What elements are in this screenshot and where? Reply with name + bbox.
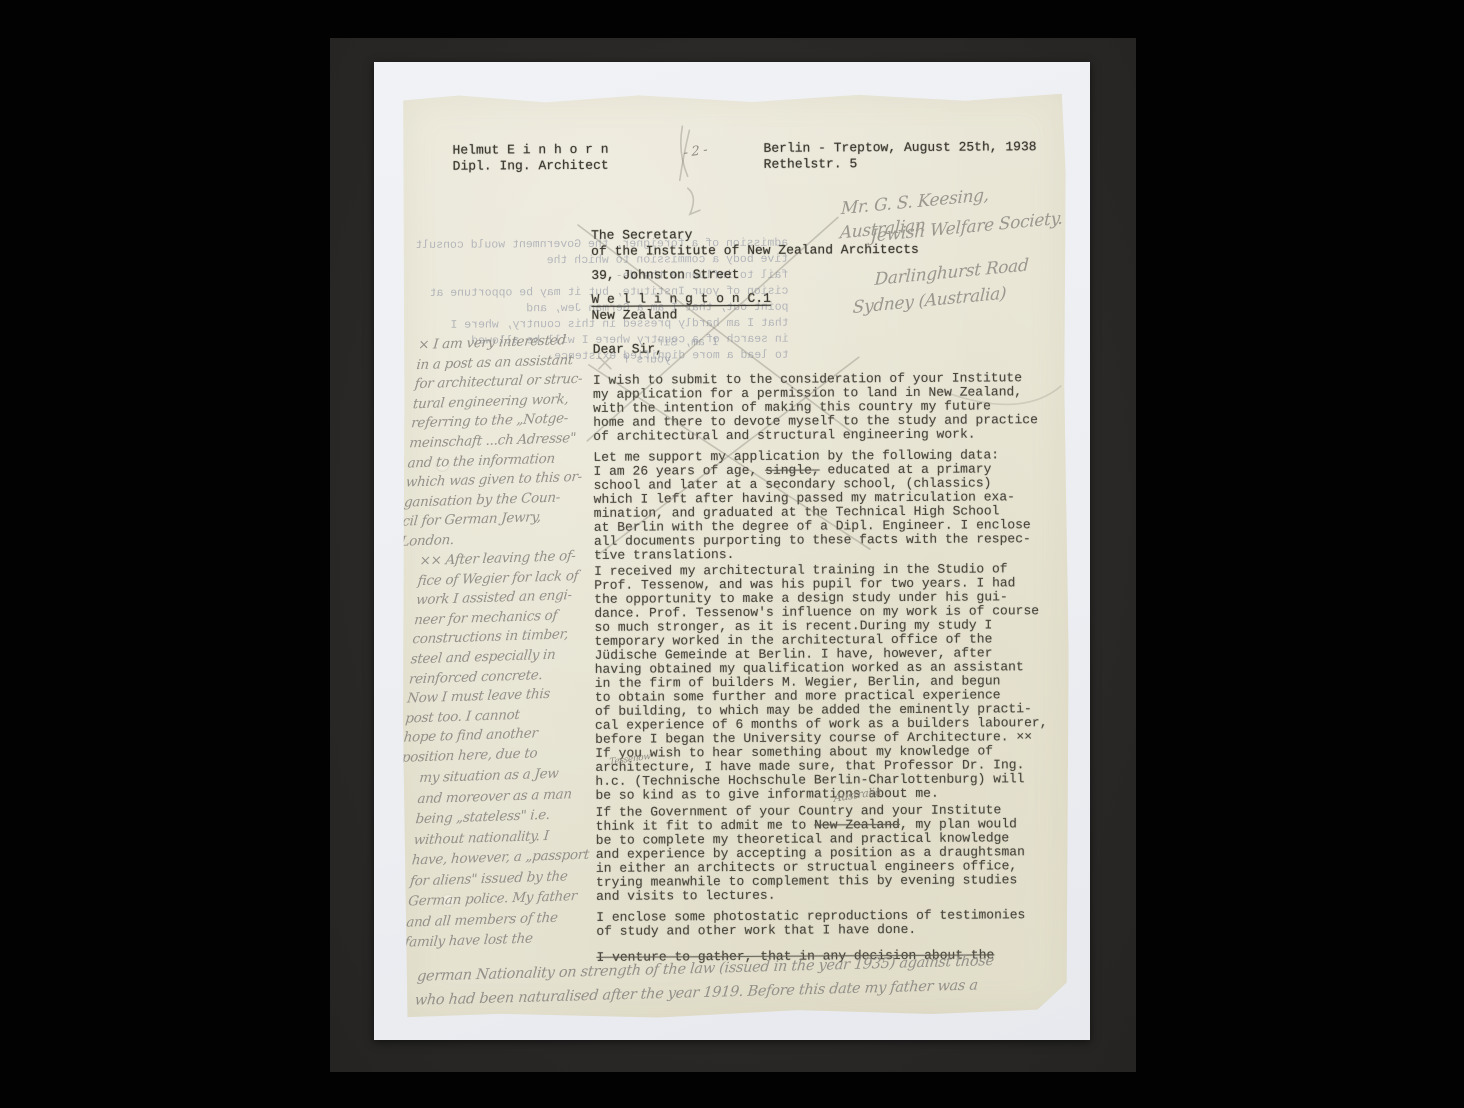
photo-stage: admission of a foreigner, the Government… [0,0,1464,1108]
sender-title: Dipl. Ing. Architect [453,159,609,174]
pencil-arrow [688,188,700,214]
sender-name: Helmut E i n h o r n [452,143,608,158]
letter-sheet: admission of a foreigner, the Government… [399,90,1071,1019]
paragraph-1: I wish to submit to the consideration of… [593,371,1053,444]
margin-note-3: my situation as a Jew and moreover as a … [404,762,603,953]
recipient-line-4: W e l l i n g t o n C.1 [591,292,771,307]
paragraph-2-text: educated at a primary school and later a… [594,461,1031,562]
paragraph-5: I enclose some photostatic reproductions… [596,908,1056,939]
margin-note-1: × I am very interested in a post as an a… [400,330,601,552]
salutation: Dear Sir, [593,342,663,356]
recipient-line-3: 39, Johnston Street [591,268,739,283]
paragraph-2: Let me support my application by the fol… [593,448,1054,563]
paragraph-3: I received my architectural training in … [594,562,1065,803]
recipient-line-5: New Zealand [591,308,677,323]
date-line: Berlin - Treptow, August 25th, 1938 [763,140,1036,156]
margin-note-2: ×× After leaving the of- fice of Wegier … [401,546,602,768]
page-mark: - 2 - [683,142,707,161]
bottom-note: german Nationality on strength of the la… [411,947,1066,1019]
recipient-line-1: The Secretary [591,228,693,243]
street-line: Rethelstr. 5 [764,157,858,172]
paragraph-2-struck-word: single, [765,462,820,477]
paragraph-4: If the Government of your Country and yo… [596,803,1057,904]
